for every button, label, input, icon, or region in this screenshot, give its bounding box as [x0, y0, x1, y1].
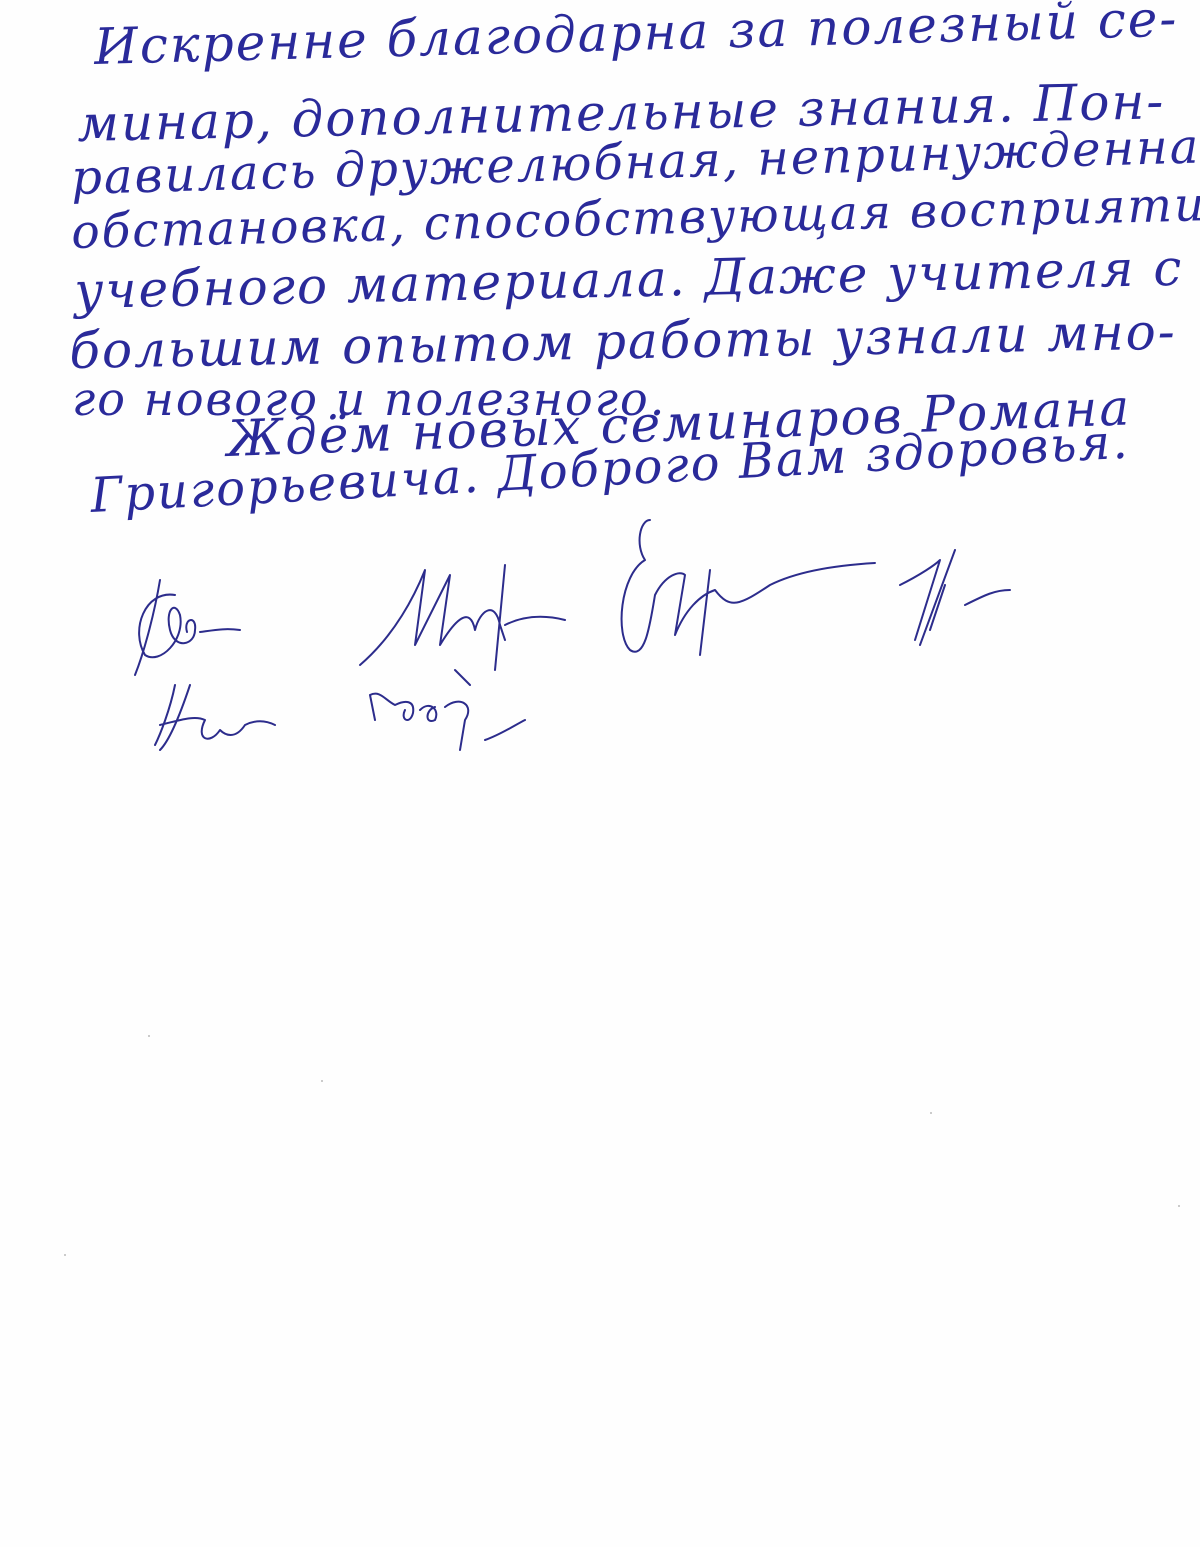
signature-5-stroke-icon: [150, 680, 290, 760]
signature-1: [125, 570, 265, 694]
signature-5: [150, 680, 290, 764]
letter-line-1: Искренне благодарна за полезный се-: [93, 0, 1178, 76]
signature-1-stroke-icon: [125, 570, 265, 690]
scan-speck: [64, 1254, 66, 1256]
scan-speck: [148, 1035, 150, 1037]
scan-speck: [930, 1112, 932, 1114]
scan-speck: [321, 1080, 323, 1082]
signature-6-stroke-icon: [365, 665, 565, 755]
scanned-page: Искренне благодарна за полезный се- мина…: [0, 0, 1200, 1547]
signature-6: [365, 665, 565, 759]
scan-speck: [1178, 1205, 1180, 1207]
signature-4: [895, 545, 1055, 659]
signature-2-stroke-icon: [355, 545, 595, 675]
signature-2: [355, 545, 595, 679]
signature-4-stroke-icon: [895, 545, 1055, 655]
